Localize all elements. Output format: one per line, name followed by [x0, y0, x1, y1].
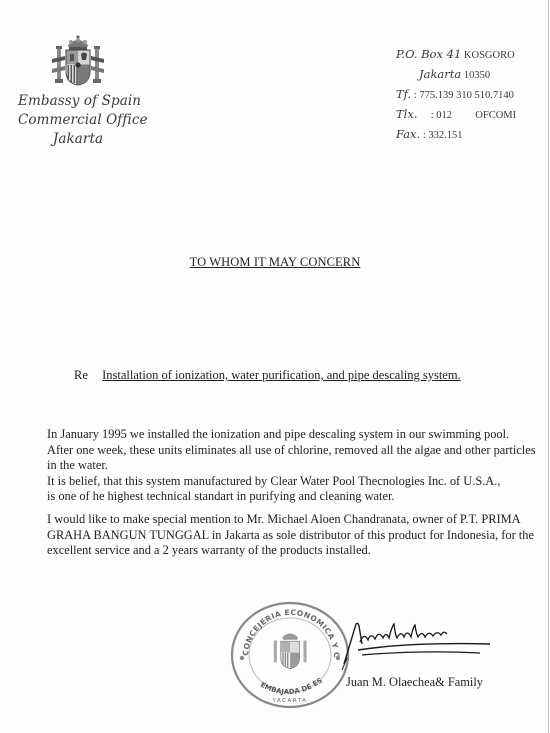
telex-row: Tlx. : 012 OFCOMI	[396, 105, 546, 125]
contact-info: P.O. Box 41 KOSGORO Jakarta 10350 Tf. : …	[396, 45, 546, 145]
paragraph-2-line: I would like to make special mention to …	[47, 512, 542, 528]
org-line-3: Jakarta	[18, 130, 138, 149]
subject-text: Installation of ionization, water purifi…	[102, 368, 461, 382]
handwritten-signature-icon	[340, 620, 500, 670]
paragraph-1-line: in the water.	[47, 458, 542, 474]
paragraph-1-line: is one of he highest technical standart …	[47, 489, 542, 505]
subject-line: Re Installation of ionization, water pur…	[74, 368, 461, 383]
org-line-1: Embassy of Spain	[18, 92, 138, 111]
fax-value: : 332.151	[423, 130, 463, 141]
po-box-label: P.O. Box 41	[396, 47, 461, 61]
city-row: Jakarta 10350	[396, 65, 546, 85]
subject-label: Re	[74, 368, 99, 383]
telex-value: : 012	[431, 110, 452, 121]
phone-label: Tf.	[396, 87, 411, 101]
paragraph-2-line: GRAHA BANGUN TUNGGAL in Jakarta as sole …	[47, 528, 542, 544]
page-edge-line	[548, 0, 549, 733]
paragraph-1-line: After one week, these units eliminates a…	[47, 443, 542, 459]
paragraph-1-line: It is belief, that this system manufactu…	[47, 474, 542, 490]
paragraph-1: In January 1995 we installed the ionizat…	[47, 427, 542, 505]
paragraph-2-line: excellent service and a 2 years warranty…	[47, 543, 542, 559]
paragraph-1-line: In January 1995 we installed the ionizat…	[47, 427, 542, 443]
fax-label: Fax.	[396, 127, 420, 141]
phone-row: Tf. : 775.139 310 510.7140	[396, 85, 546, 105]
po-box-row: P.O. Box 41 KOSGORO	[396, 45, 546, 65]
telex-label: Tlx.	[396, 107, 418, 121]
seal-city: YACARTA	[272, 698, 308, 704]
phone-value: : 775.139 310 510.7140	[414, 90, 514, 101]
city-value: 10350	[464, 70, 490, 81]
organization-name: Embassy of Spain Commercial Office Jakar…	[18, 92, 138, 149]
letter-title: TO WHOM IT MAY CONCERN	[0, 255, 550, 270]
fax-row: Fax. : 332.151	[396, 125, 546, 145]
po-box-value: KOSGORO	[464, 50, 515, 61]
official-seal-icon: CONCEJERIA ECONOMICA Y COMERCIAL EMBAJAD…	[228, 598, 352, 710]
org-line-2: Commercial Office	[18, 111, 138, 130]
telex-code: OFCOMI	[475, 110, 516, 121]
spanish-coat-of-arms-icon	[47, 33, 109, 87]
city-label: Jakarta	[419, 67, 461, 81]
paragraph-2: I would like to make special mention to …	[47, 512, 542, 559]
signer-name: Juan M. Olaechea& Family	[346, 675, 483, 690]
